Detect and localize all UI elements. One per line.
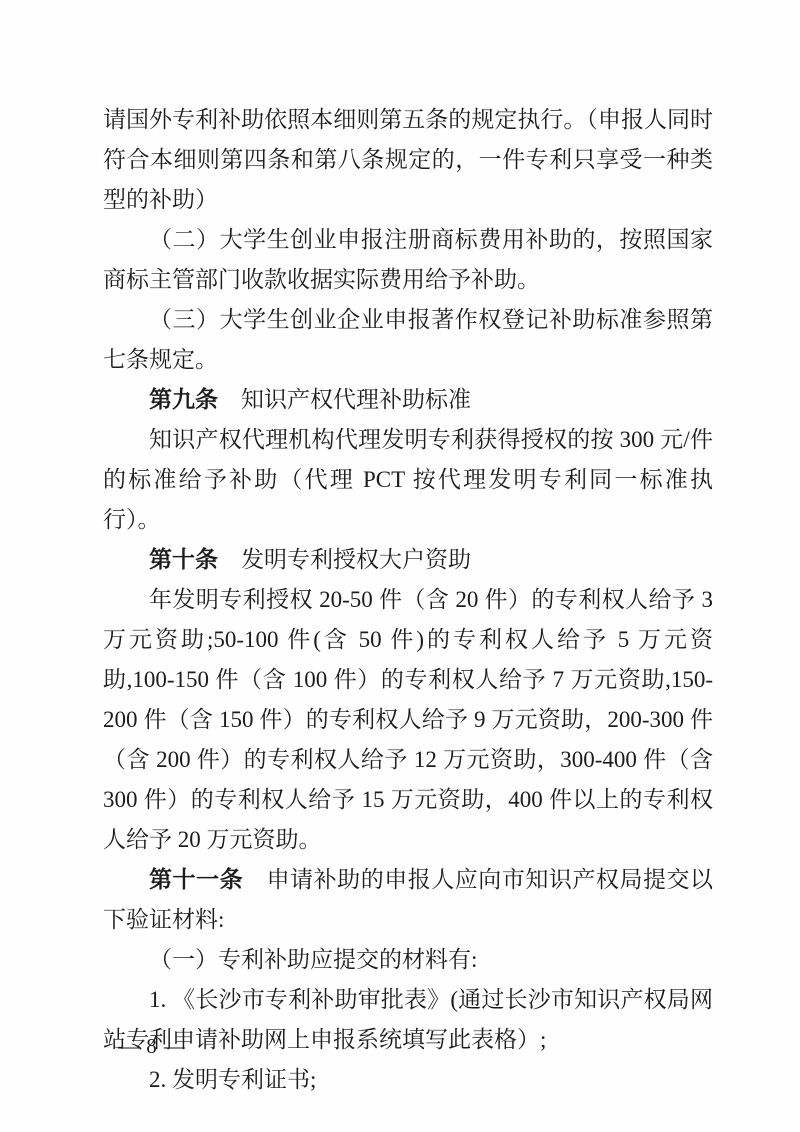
body-paragraph: 第九条 知识产权代理补助标准	[103, 380, 713, 420]
body-paragraph: 1. 《长沙市专利补助审批表》(通过长沙市知识产权局网站专利申请补助网上申报系统…	[103, 980, 713, 1060]
body-paragraph: （三）大学生创业企业申报著作权登记补助标准参照第七条规定。	[103, 300, 713, 380]
body-paragraph: （一）专利补助应提交的材料有:	[103, 940, 713, 980]
body-paragraph: 2. 发明专利证书;	[103, 1060, 713, 1100]
article-heading: 第十一条	[149, 867, 243, 892]
text-run: 1. 《长沙市专利补助审批表》(通过长沙市知识产权局网站专利申请补助网上申报系统…	[103, 987, 713, 1052]
text-run: 发明专利授权大户资助	[218, 547, 471, 572]
article-heading: 第十条	[149, 547, 218, 572]
body-paragraph: 年发明专利授权 20-50 件（含 20 件）的专利权人给予 3 万元资助;50…	[103, 580, 713, 860]
text-run: 2. 发明专利证书;	[149, 1067, 316, 1092]
body-paragraph: 知识产权代理机构代理发明专利获得授权的按 300 元/件的标准给予补助（代理 P…	[103, 420, 713, 540]
text-run: （三）大学生创业企业申报著作权登记补助标准参照第七条规定。	[103, 307, 713, 372]
text-run: （二）大学生创业申报注册商标费用补助的，按照国家商标主管部门收款收据实际费用给予…	[103, 227, 713, 292]
article-heading: 第九条	[149, 387, 218, 412]
text-run: 年发明专利授权 20-50 件（含 20 件）的专利权人给予 3 万元资助;50…	[103, 587, 713, 852]
document-body: 请国外专利补助依照本细则第五条的规定执行。（申报人同时符合本细则第四条和第八条规…	[103, 100, 713, 1100]
text-run: 知识产权代理补助标准	[218, 387, 471, 412]
body-paragraph: 第十条 发明专利授权大户资助	[103, 540, 713, 580]
text-run: （一）专利补助应提交的材料有:	[149, 947, 477, 972]
body-paragraph: 请国外专利补助依照本细则第五条的规定执行。（申报人同时符合本细则第四条和第八条规…	[103, 100, 713, 220]
body-paragraph: （二）大学生创业申报注册商标费用补助的，按照国家商标主管部门收款收据实际费用给予…	[103, 220, 713, 300]
document-page: 请国外专利补助依照本细则第五条的规定执行。（申报人同时符合本细则第四条和第八条规…	[0, 0, 800, 1132]
body-paragraph: 第十一条 申请补助的申报人应向市知识产权局提交以下验证材料:	[103, 860, 713, 940]
page-number: — 8 —	[118, 1033, 186, 1059]
text-run: 请国外专利补助依照本细则第五条的规定执行。（申报人同时符合本细则第四条和第八条规…	[103, 107, 713, 212]
text-run: 知识产权代理机构代理发明专利获得授权的按 300 元/件的标准给予补助（代理 P…	[103, 427, 713, 532]
